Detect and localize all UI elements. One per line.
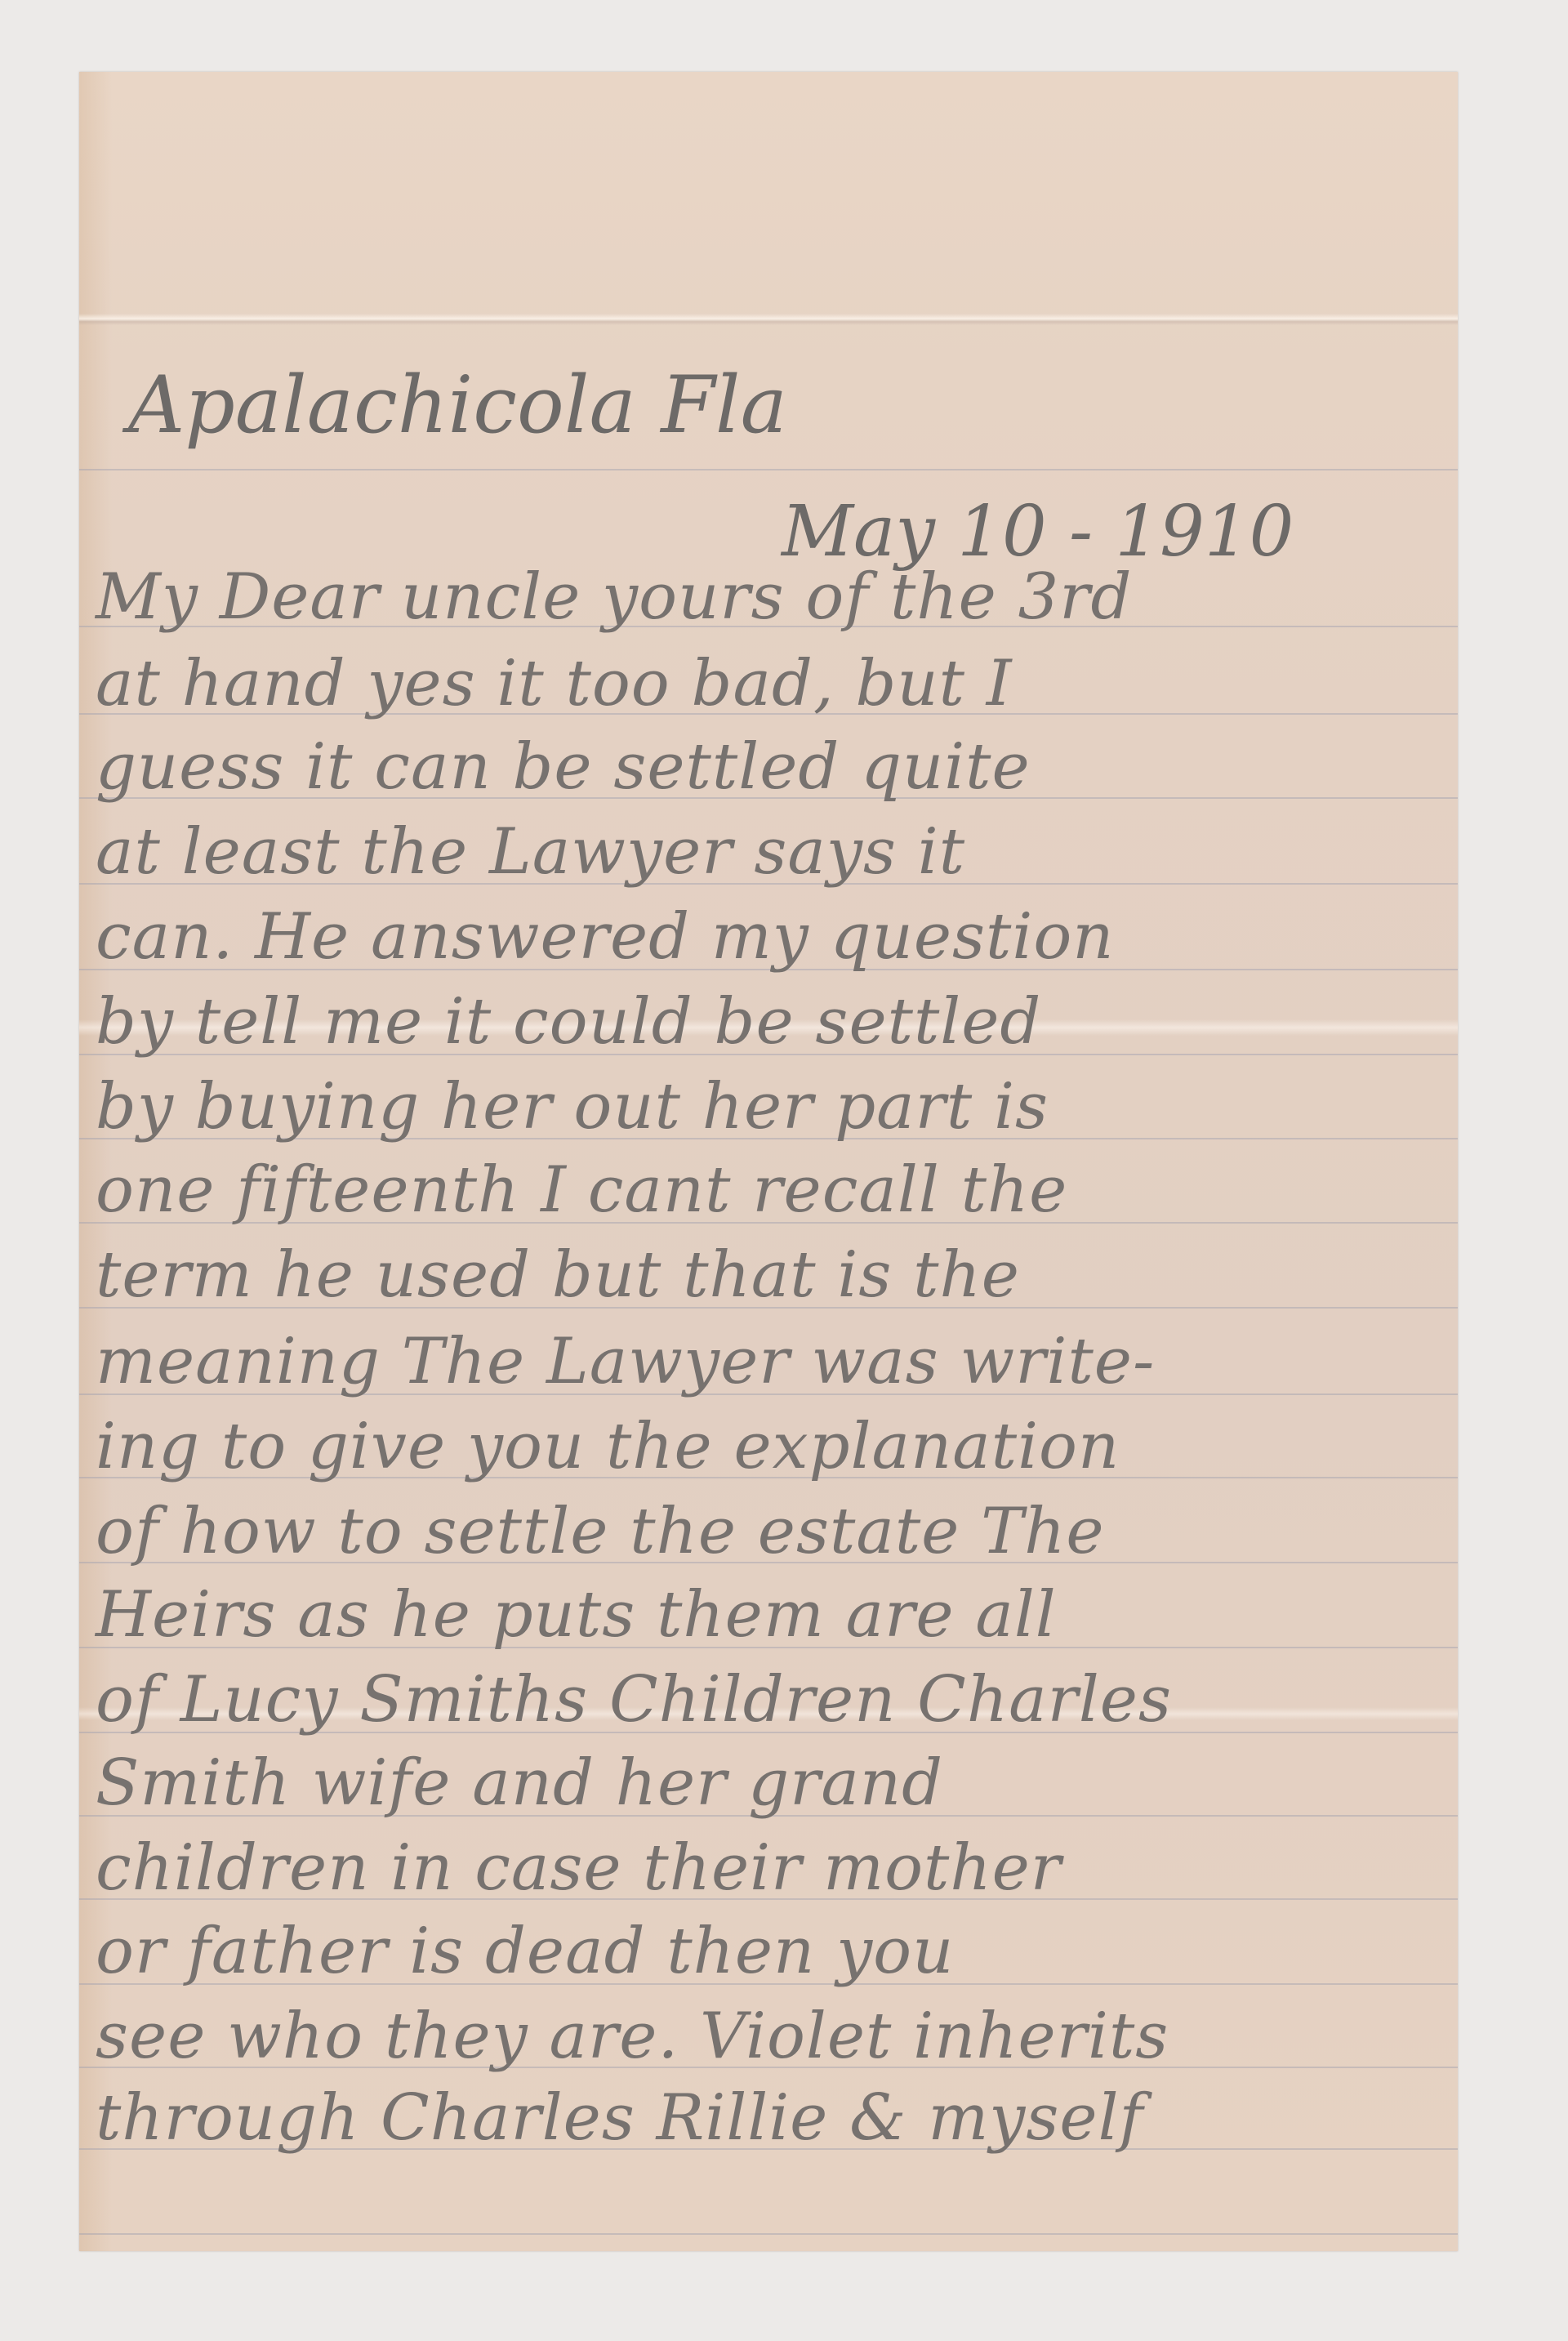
letter-line: term he used but that is the: [96, 1243, 1020, 1307]
letter-place: Apalachicola Fla: [128, 366, 787, 444]
letter-line: meaning The Lawyer was write-: [96, 1330, 1155, 1393]
letter-line: see who they are. Violet inherits: [96, 2004, 1169, 2068]
letter-line: of how to settle the estate The: [96, 1500, 1105, 1563]
ruled-line: [79, 2233, 1458, 2235]
letter-line: can. He answered my question: [96, 905, 1115, 969]
letter-page: Apalachicola Fla May 10 - 1910 My Dear u…: [79, 72, 1458, 2251]
letter-date: May 10 - 1910: [782, 497, 1294, 567]
letter-line: children in case their mother: [96, 1836, 1062, 1900]
letter-line: through Charles Rillie & myself: [96, 2086, 1143, 2150]
letter-line: or father is dead then you: [96, 1920, 954, 1983]
ruled-line: [79, 469, 1458, 470]
letter-line: guess it can be settled quite: [96, 735, 1031, 799]
letter-line: by buying her out her part is: [96, 1075, 1049, 1139]
letter-line: Heirs as he puts them are all: [96, 1583, 1057, 1647]
letter-line: My Dear uncle yours of the 3rd: [96, 565, 1132, 629]
paper-fold: [79, 314, 1458, 325]
letter-line: ing to give you the explanation: [96, 1415, 1120, 1478]
letter-line: one fifteenth I cant recall the: [96, 1158, 1067, 1222]
letter-line: of Lucy Smiths Children Charles: [96, 1668, 1172, 1732]
letter-line: by tell me it could be settled: [96, 990, 1041, 1054]
letter-line: at least the Lawyer says it: [96, 820, 965, 884]
letter-line: Smith wife and her grand: [96, 1751, 943, 1815]
letter-line: at hand yes it too bad, but I: [96, 652, 1013, 716]
